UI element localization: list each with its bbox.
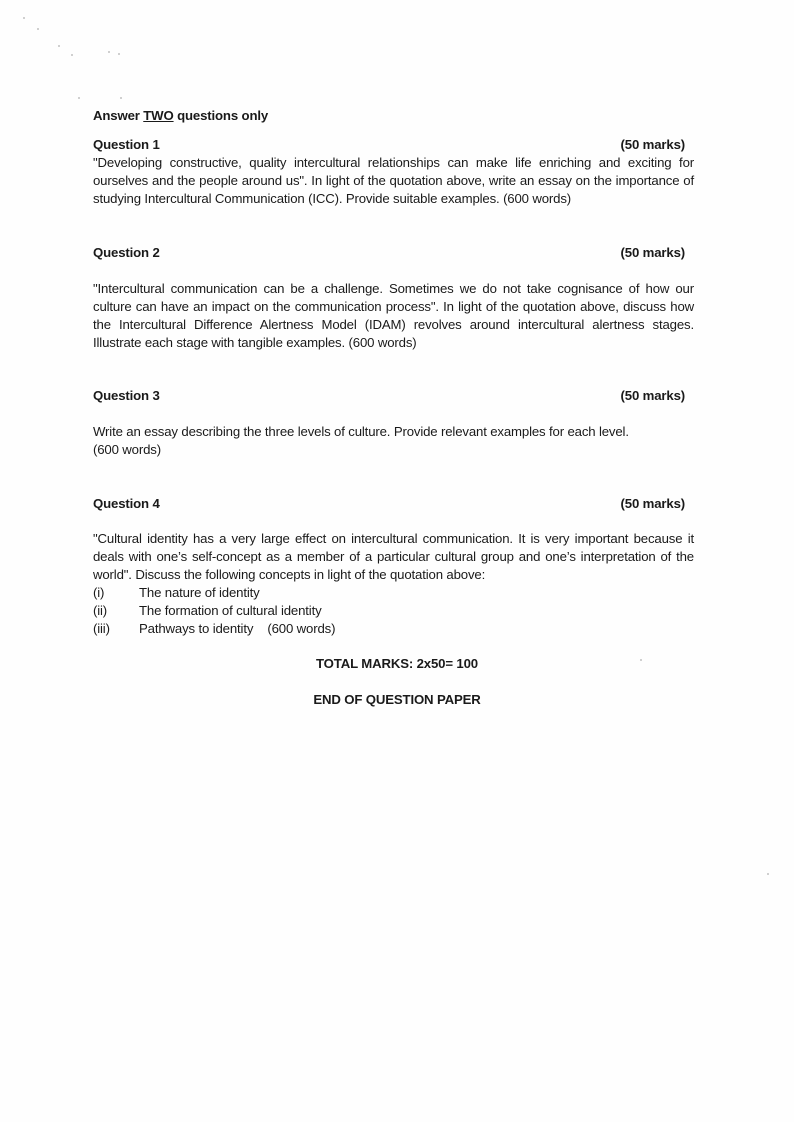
- instructions-prefix: Answer: [93, 108, 143, 123]
- question-marks: (50 marks): [621, 495, 685, 513]
- scan-speck: [78, 97, 80, 99]
- question-title: Question 1: [93, 136, 160, 154]
- list-item: (iii) Pathways to identity (600 words): [93, 620, 693, 638]
- scan-speck: [37, 28, 39, 30]
- list-item-label: Pathways to identity (600 words): [139, 620, 335, 638]
- list-item-number: (ii): [93, 602, 139, 620]
- question-1-header: Question 1 (50 marks): [93, 136, 685, 154]
- list-item-number: (iii): [93, 620, 139, 638]
- list-item: (ii) The formation of cultural identity: [93, 602, 693, 620]
- scan-speck: [118, 53, 120, 55]
- question-3-header: Question 3 (50 marks): [93, 387, 685, 405]
- question-3-line-2: (600 words): [93, 441, 694, 459]
- question-4-list: (i) The nature of identity (ii) The form…: [93, 584, 693, 638]
- instructions-emphasis: TWO: [143, 108, 173, 123]
- total-marks: TOTAL MARKS: 2x50= 100: [0, 655, 794, 673]
- list-item: (i) The nature of identity: [93, 584, 693, 602]
- scan-speck: [71, 54, 73, 56]
- exam-page: Answer TWO questions only Question 1 (50…: [0, 0, 794, 1122]
- question-marks: (50 marks): [621, 387, 685, 405]
- scan-speck: [108, 51, 110, 53]
- question-marks: (50 marks): [621, 244, 685, 262]
- instructions-suffix: questions only: [174, 108, 268, 123]
- question-4-text: "Cultural identity has a very large effe…: [93, 530, 694, 584]
- scan-speck: [120, 97, 122, 99]
- end-of-paper: END OF QUESTION PAPER: [0, 691, 794, 709]
- question-marks: (50 marks): [621, 136, 685, 154]
- scan-speck: [767, 873, 769, 875]
- question-2-text: "Intercultural communication can be a ch…: [93, 280, 694, 352]
- instructions: Answer TWO questions only: [93, 107, 268, 125]
- question-title: Question 2: [93, 244, 160, 262]
- scan-speck: [58, 45, 60, 47]
- question-4-header: Question 4 (50 marks): [93, 495, 685, 513]
- list-item-label: The formation of cultural identity: [139, 602, 322, 620]
- question-2-header: Question 2 (50 marks): [93, 244, 685, 262]
- question-3-line-1: Write an essay describing the three leve…: [93, 423, 694, 441]
- question-title: Question 3: [93, 387, 160, 405]
- list-item-number: (i): [93, 584, 139, 602]
- scan-speck: [23, 17, 25, 19]
- question-title: Question 4: [93, 495, 160, 513]
- question-1-text: "Developing constructive, quality interc…: [93, 154, 694, 208]
- list-item-label: The nature of identity: [139, 584, 260, 602]
- question-3-text: Write an essay describing the three leve…: [93, 423, 694, 459]
